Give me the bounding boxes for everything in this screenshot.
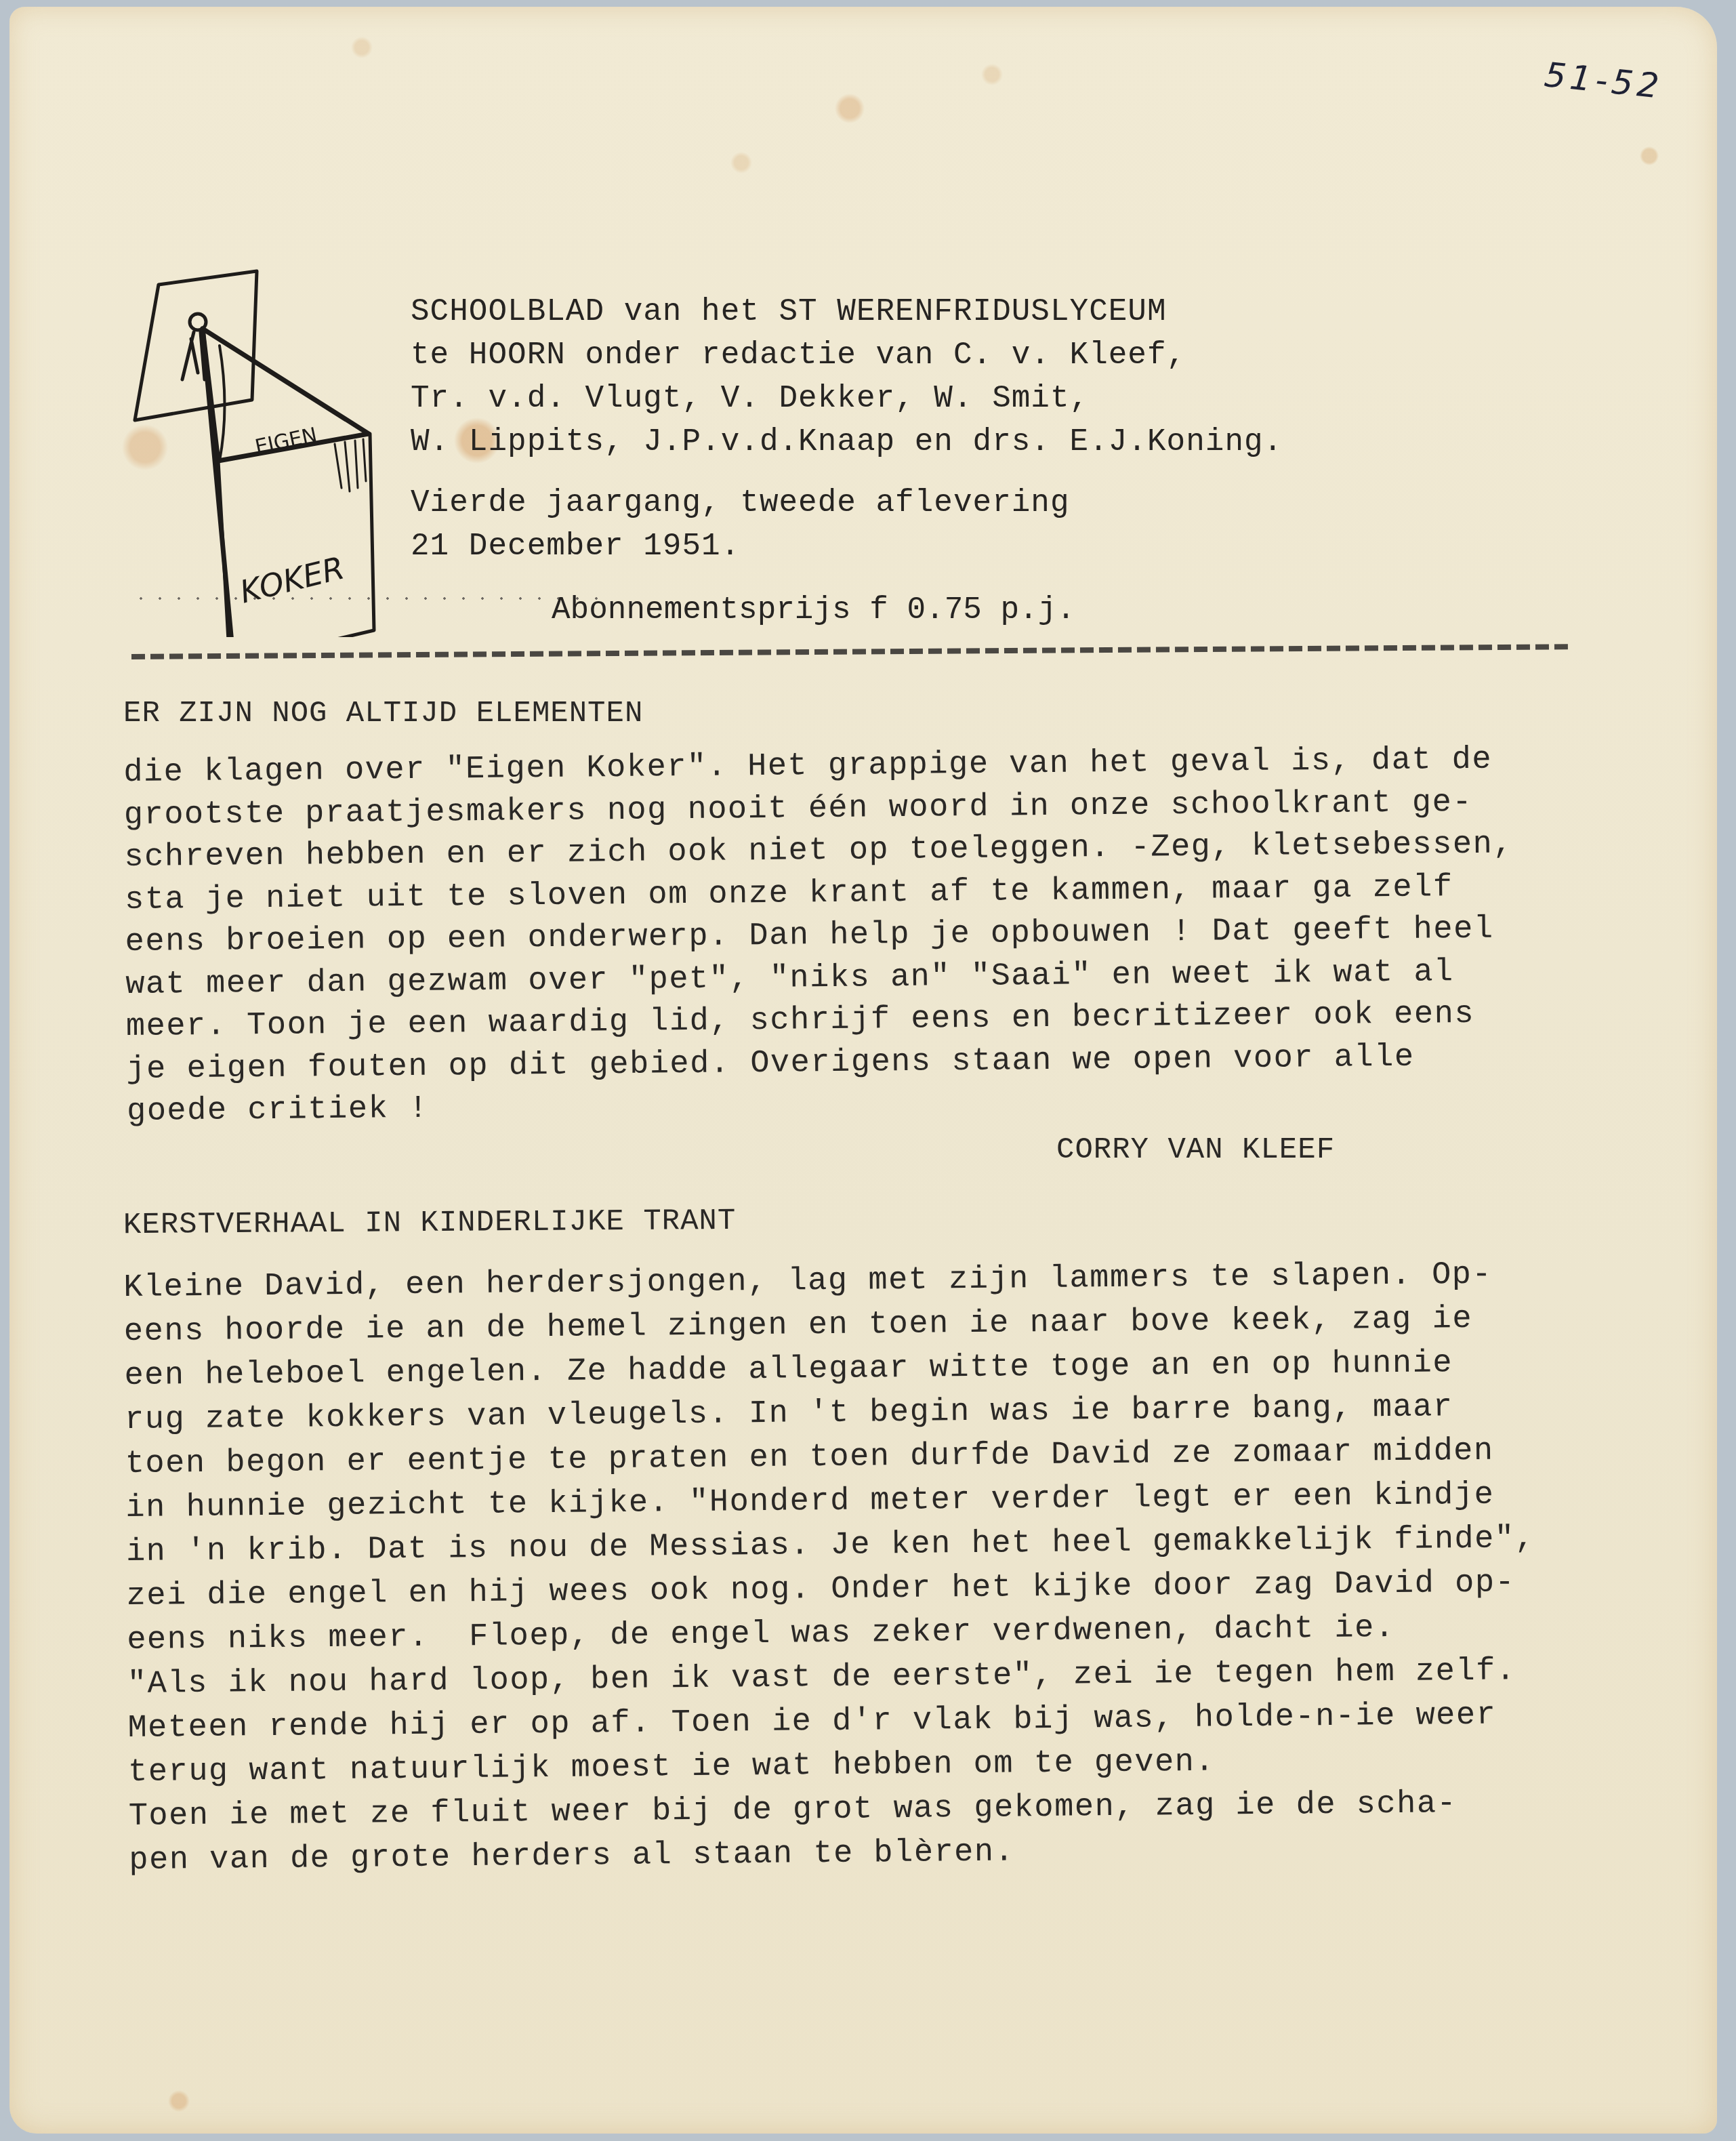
dotted-leader	[131, 596, 606, 600]
svg-text:EIGEN: EIGEN	[253, 423, 319, 459]
article2-body: Kleine David, een herdersjongen, lag met…	[123, 1252, 1538, 1883]
masthead-line: Tr. v.d. Vlugt, V. Dekker, W. Smit,	[411, 377, 1283, 420]
issue-info: Vierde jaargang, tweede aflevering 21 De…	[411, 481, 1070, 568]
masthead: SCHOOLBLAD van het ST WERENFRIDUSLYCEUM …	[411, 290, 1283, 464]
handwritten-page-number: 51-52	[1542, 55, 1664, 106]
article1-body: die klagen over "Eigen Koker". Het grapp…	[123, 739, 1516, 1133]
koker-drawing-icon: EIGEN KOKER	[118, 258, 416, 637]
masthead-line: SCHOOLBLAD van het ST WERENFRIDUSLYCEUM	[411, 290, 1283, 333]
article1-heading: ER ZIJN NOG ALTIJD ELEMENTEN	[123, 697, 643, 731]
issue-date: 21 December 1951.	[411, 525, 1070, 568]
article2-heading: KERSTVERHAAL IN KINDERLIJKE TRANT	[123, 1204, 737, 1242]
issue-volume: Vierde jaargang, tweede aflevering	[411, 481, 1070, 525]
masthead-line: te HOORN onder redactie van C. v. Kleef,	[411, 333, 1283, 377]
document-page: 51-52 EIGEN KOKER SCHOOLBLAD van het ST …	[9, 7, 1717, 2134]
svg-text:KOKER: KOKER	[236, 549, 348, 610]
masthead-line: W. Lippits, J.P.v.d.Knaap en drs. E.J.Ko…	[411, 420, 1283, 464]
eigen-koker-logo: EIGEN KOKER	[118, 258, 416, 637]
subscription-price: Abonnementsprijs f 0.75 p.j.	[552, 588, 1075, 632]
header-separator	[131, 644, 1568, 659]
article1-author: CORRY VAN KLEEF	[1056, 1133, 1335, 1167]
